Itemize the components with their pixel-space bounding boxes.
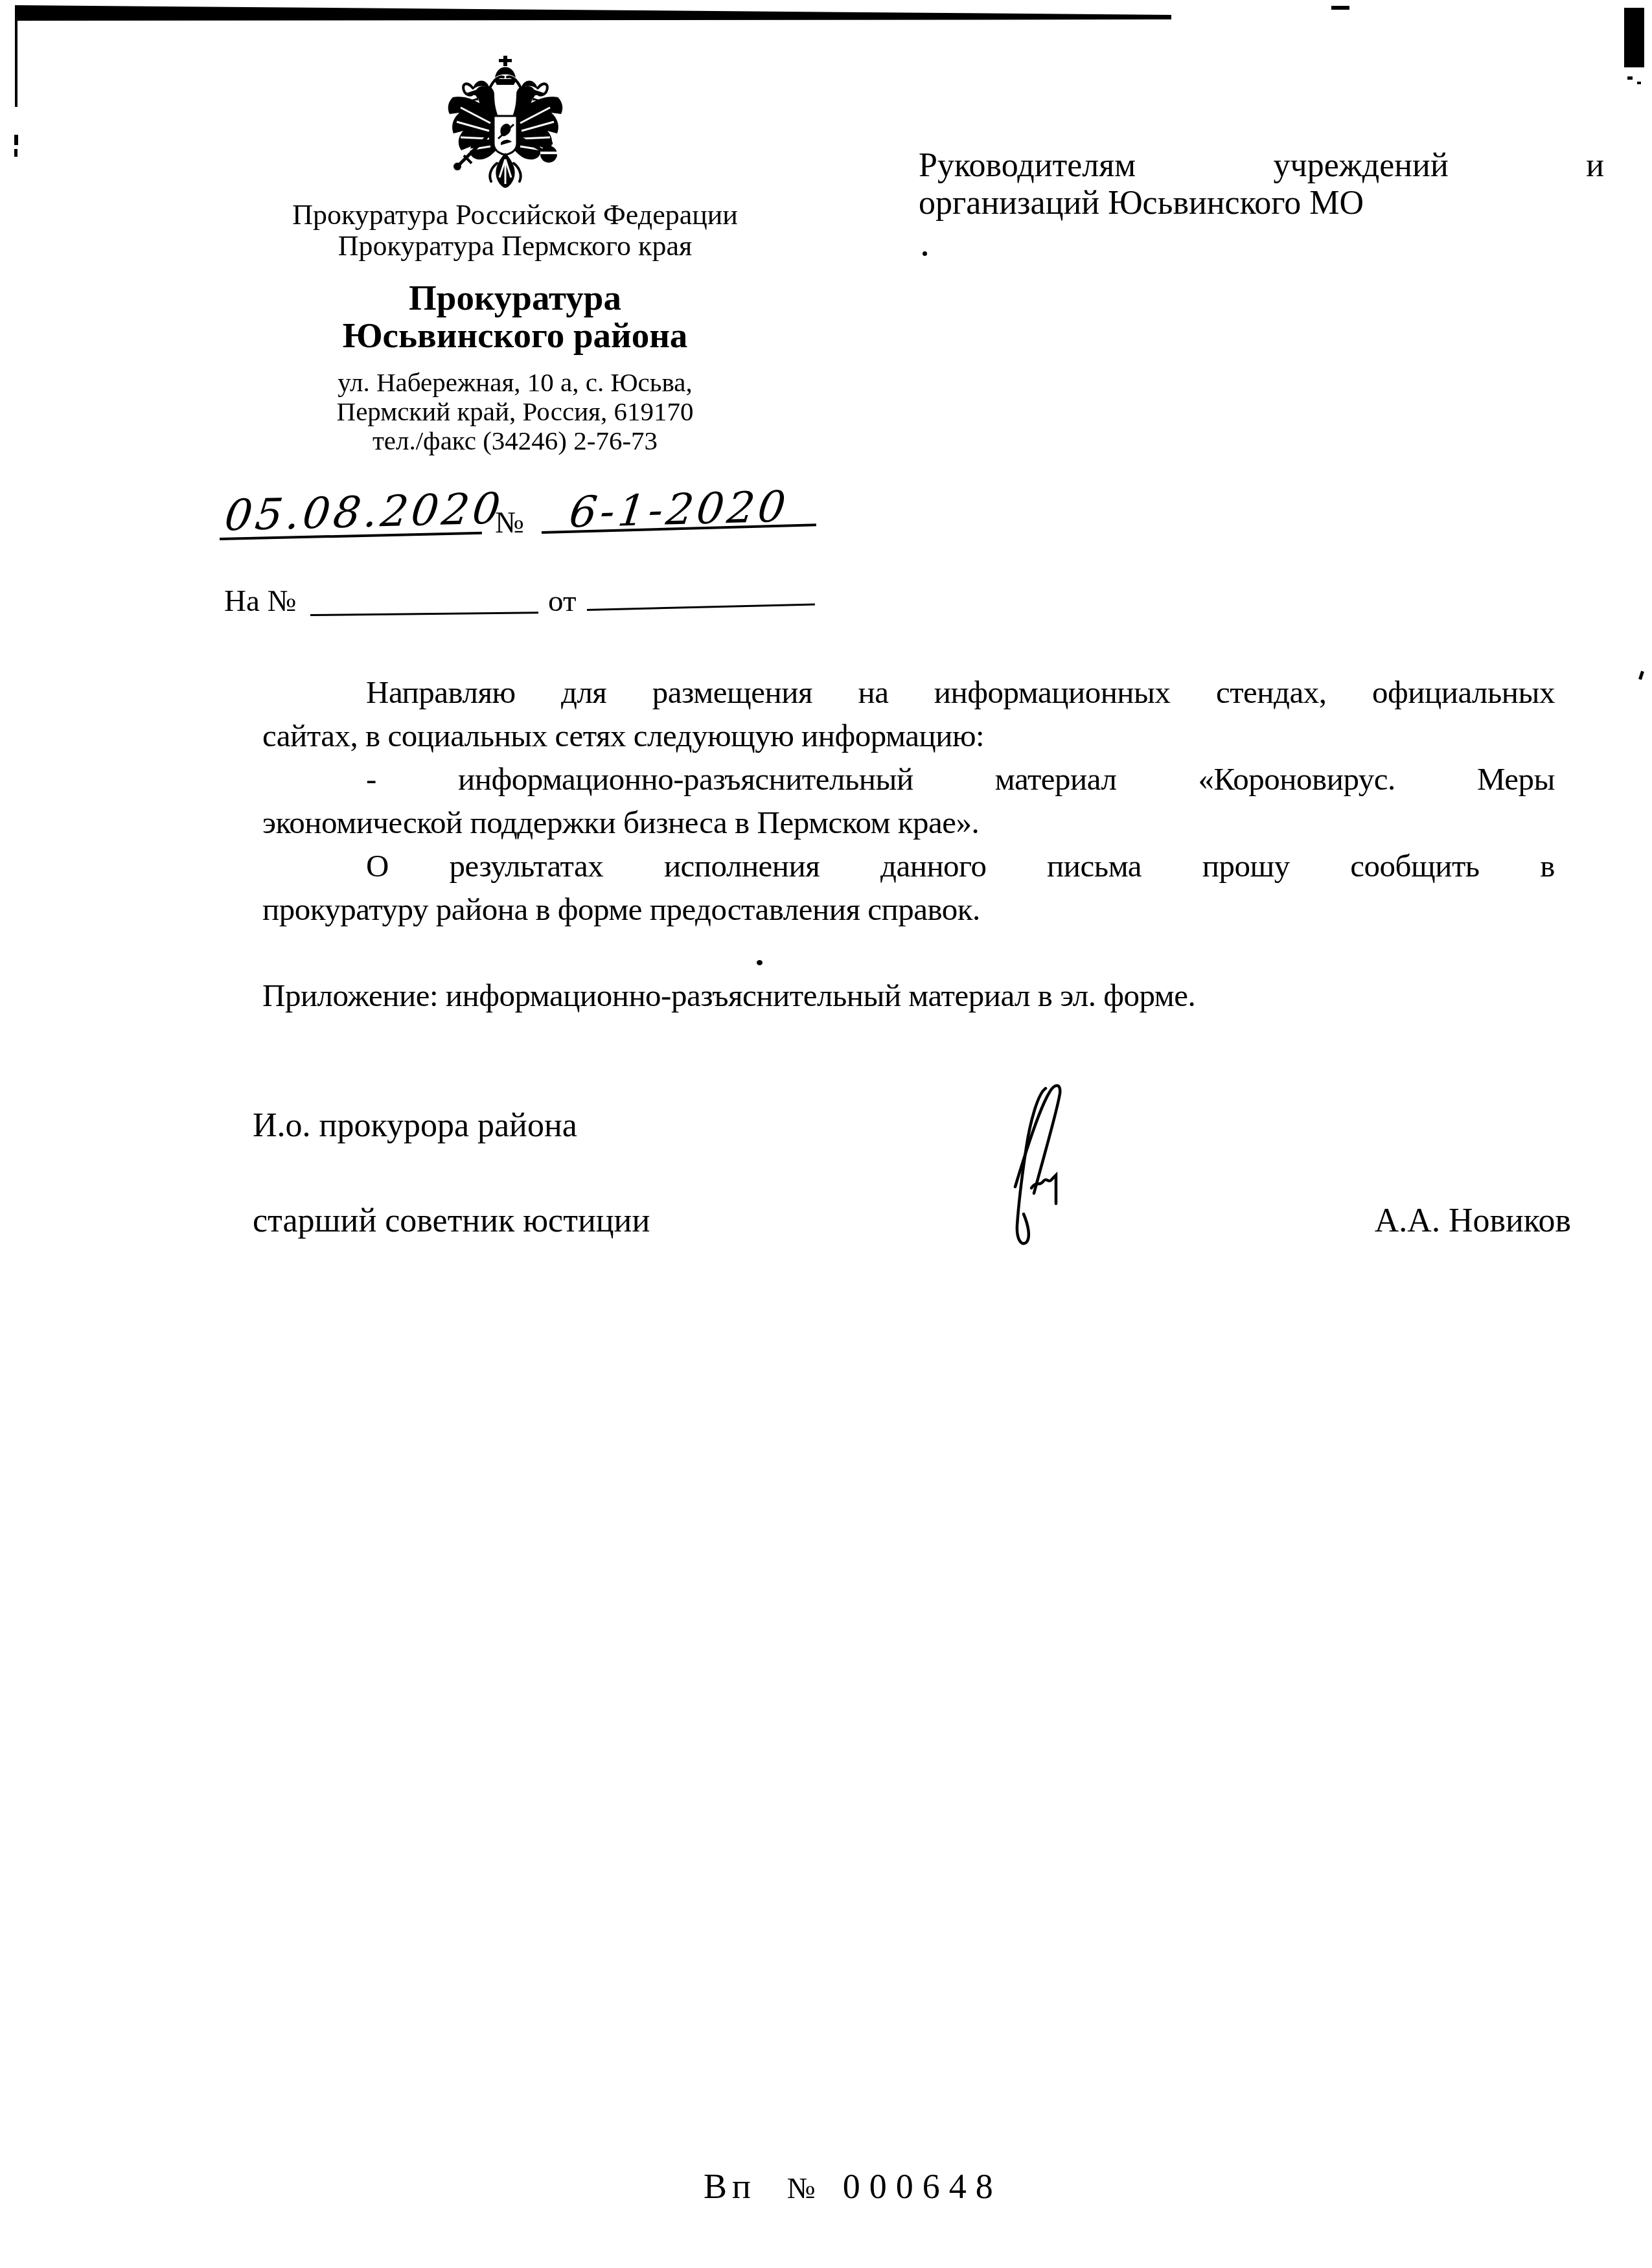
body-line: - информационно-разъяснительный материал… xyxy=(262,761,1555,804)
attachment-line: Приложение: информационно-разъяснительны… xyxy=(262,977,1555,1020)
scan-artifact-tick xyxy=(1638,671,1644,680)
addressee-line2: организаций Юсьвинского МО xyxy=(919,184,1604,222)
letterhead-address-line1: ул. Набережная, 10 а, с. Юсьва, xyxy=(246,367,784,398)
body-line: сайтах, в социальных сетях следующую инф… xyxy=(262,717,1555,761)
body-line: экономической поддержки бизнеса в Пермск… xyxy=(262,804,1555,847)
reply-ref-underline xyxy=(310,612,538,616)
letterhead-phone-line: тел./факс (34246) 2-76-73 xyxy=(246,425,784,456)
addressee-word: Руководителям xyxy=(919,146,1136,185)
scan-artifact-dot xyxy=(923,251,927,256)
scan-artifact-left-line xyxy=(15,6,17,107)
double-headed-eagle-icon xyxy=(444,56,567,188)
addressee-word: и xyxy=(1586,146,1604,185)
scan-artifact-left-dash1 xyxy=(14,135,18,145)
scan-artifact-top-dash xyxy=(1331,6,1349,10)
stamp-number-sign: № xyxy=(787,2171,816,2205)
signer-position-line1: И.о. прокурора района xyxy=(253,1106,577,1145)
signer-position-line2: старший советник юстиции xyxy=(253,1202,650,1240)
scan-artifact-dot xyxy=(1627,76,1633,80)
stamp-prefix: Вп xyxy=(704,2166,756,2206)
body-line: О результатах исполнения данного письма … xyxy=(262,847,1555,891)
signer-name: А.А. Новиков xyxy=(1346,1202,1571,1240)
letterhead-org-line1: Прокуратура Российской Федерации xyxy=(246,198,784,231)
letterhead-name-line2: Юсьвинского района xyxy=(246,315,784,356)
handwritten-signature xyxy=(1005,1077,1077,1252)
scan-artifact-dot xyxy=(1637,82,1641,84)
letterhead-address-line2: Пермский край, Россия, 619170 xyxy=(246,396,784,427)
letterhead-org-line2: Прокуратура Пермского края xyxy=(246,229,784,262)
letterhead-name-line1: Прокуратура xyxy=(246,277,784,318)
scanned-letter-page: Прокуратура Российской Федерации Прокура… xyxy=(0,0,1652,2268)
form-number-stamp: Вп № 000648 xyxy=(704,2166,1002,2206)
number-sign: № xyxy=(495,505,524,540)
scan-artifact-left-dash2 xyxy=(14,149,17,157)
stamp-number: 000648 xyxy=(843,2166,1002,2206)
scan-artifact-top-right-bar xyxy=(1624,8,1644,67)
addressee-word: учреждений xyxy=(1274,146,1449,185)
body-line: Направляю для размещения на информационн… xyxy=(262,674,1555,717)
reply-from-label: от xyxy=(548,584,576,619)
reply-ref-label: На № xyxy=(224,584,296,619)
body-line: прокуратуру района в форме предоставлени… xyxy=(262,891,1555,934)
scan-artifact-top-wedge xyxy=(15,5,1171,21)
scan-artifact-dot xyxy=(757,960,763,965)
reply-from-underline xyxy=(587,603,815,611)
addressee-line1: Руководителям учреждений и xyxy=(919,146,1604,185)
